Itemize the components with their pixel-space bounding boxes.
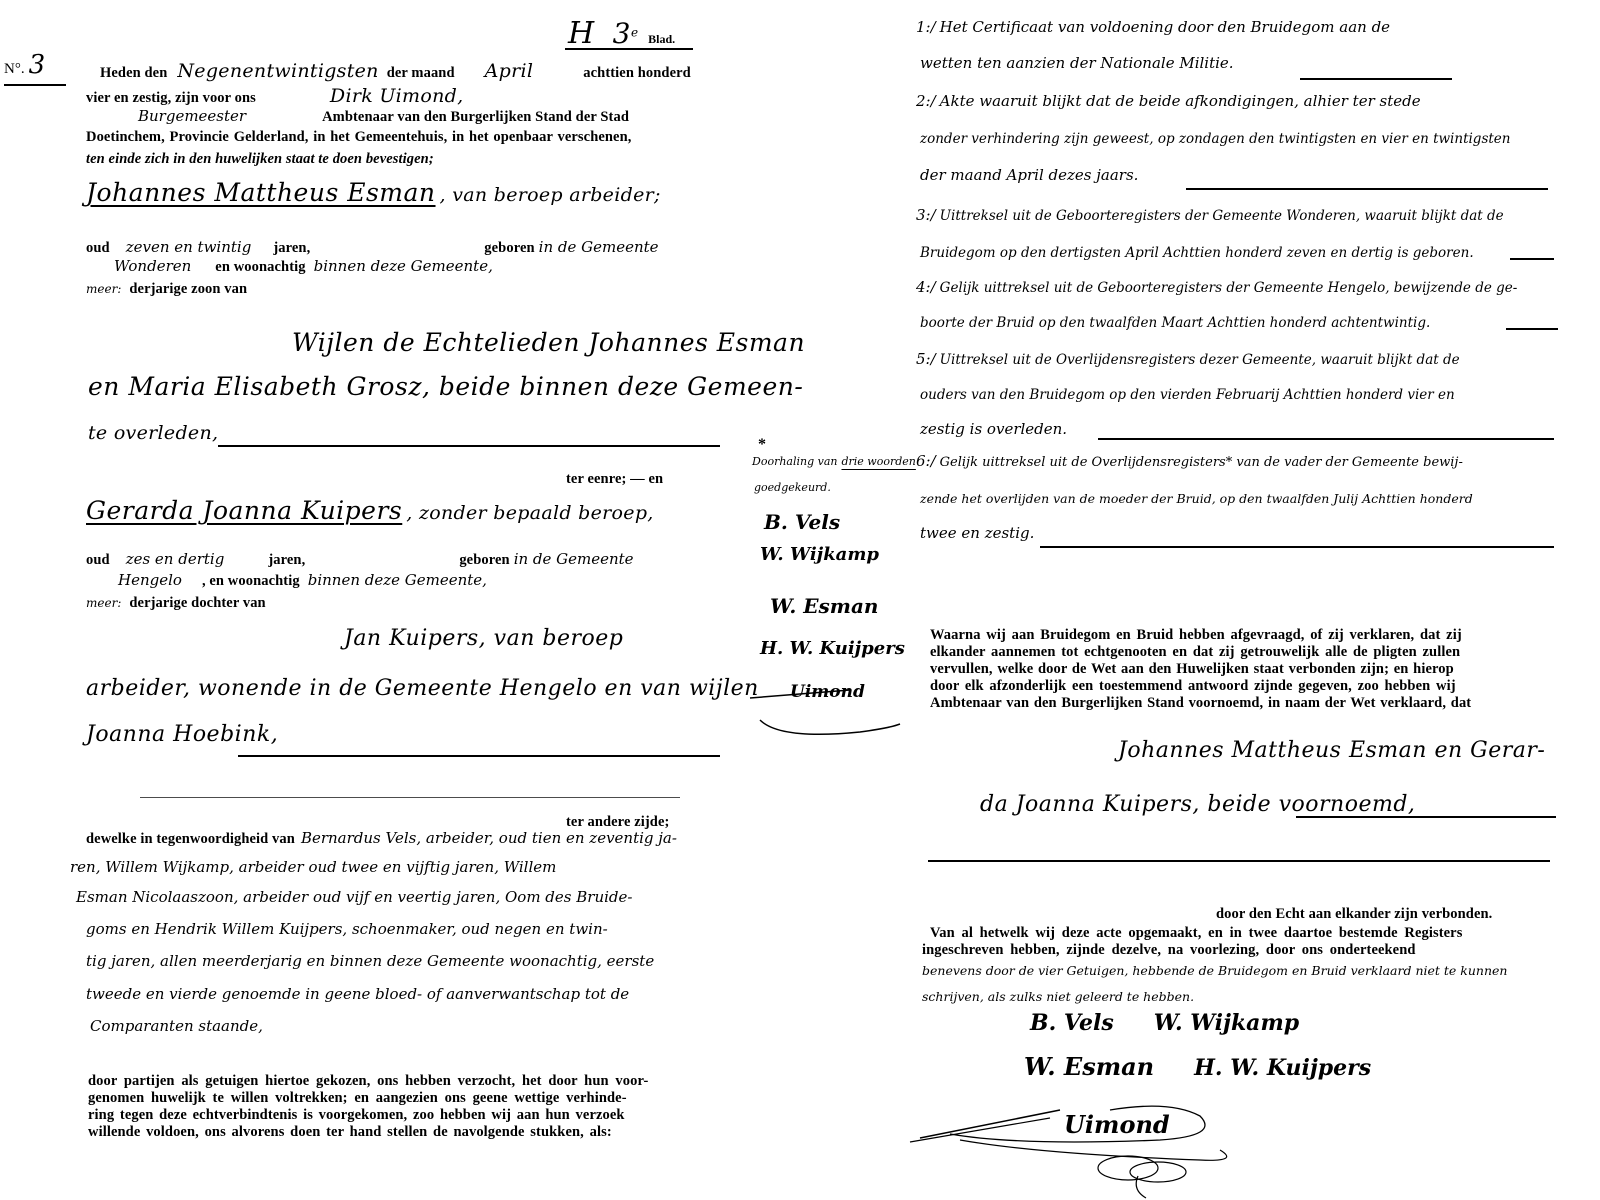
print-text: oud [86, 552, 110, 568]
document-5-line-1: 5:/ Uittreksel uit de Overlijdensregiste… [916, 350, 1460, 369]
witness-handwritten: Comparanten staande, [90, 1017, 263, 1035]
fill-line [1098, 438, 1554, 440]
record-number-underline [4, 84, 66, 86]
print-text: door partijen als getuigen hiertoe gekoz… [88, 1073, 648, 1089]
document-text: Gelijk uittreksel uit de Geboorteregiste… [940, 280, 1518, 296]
witnesses-line-3: Esman Nicolaaszoon, arbeider oud vijf en… [76, 888, 632, 907]
print-text: geboren [484, 240, 534, 256]
margin-signature-3: W. Esman [770, 594, 878, 618]
final-handwritten: schrijven, als zulks niet geleerd te heb… [922, 989, 1194, 1004]
declaration-line-1: Waarna wij aan Bruidegom en Bruid hebben… [930, 626, 1462, 644]
margin-flourish [740, 680, 920, 740]
bride-parents-line-3: Joanna Hoebink, [86, 722, 278, 747]
bride-line: Gerarda Joanna Kuipers , zonder bepaald … [86, 496, 654, 525]
ter-eenre: ter eenre; — en [566, 470, 663, 488]
final-handwritten: benevens door de vier Getuigen, hebbende… [922, 963, 1507, 978]
fill-line [1506, 328, 1558, 330]
document-text: wetten ten aanzien der Nationale Militie… [920, 54, 1234, 72]
groom-name: Johannes Mattheus Esman [86, 178, 436, 207]
groom-age-handwritten: zeven en twintig [126, 238, 252, 256]
groom-status-line: meer: derjarige zoon van [86, 280, 247, 298]
final-print-line-1: Van al hetwelk wij deze acte opgemaakt, … [930, 924, 1462, 942]
bride-parents-handwritten: arbeider, wonende in de Gemeente Hengelo… [86, 676, 759, 701]
print-text: elkander aannemen tot echtgenooten en da… [930, 644, 1460, 660]
official-title-handwritten: Burgemeester [138, 107, 246, 125]
print-text: jaren, [268, 552, 305, 568]
page-number: 3 [613, 17, 631, 50]
groom-age-line: oud zeven en twintig jaren, geboren in d… [86, 238, 659, 257]
bride-occupation: , zonder bepaald beroep, [406, 502, 653, 524]
signature: W. Wijkamp [1154, 1010, 1299, 1036]
couple-names-handwritten: da Joanna Kuipers, beide voornoemd, [980, 792, 1415, 817]
margin-note-line-2: goedgekeurd. [754, 478, 831, 496]
document-4-line-1: 4:/ Gelijk uittreksel uit de Geboortereg… [916, 278, 1517, 297]
print-text: geboren [459, 552, 509, 568]
couple-names-handwritten: Johannes Mattheus Esman en Gerar- [1118, 738, 1545, 763]
groom-parents-handwritten: en Maria Elisabeth Grosz, beide binnen d… [88, 372, 803, 401]
document-text: ouders van den Bruidegom op den vierden … [920, 387, 1455, 403]
bride-father-handwritten: Jan Kuipers, van beroep [344, 626, 623, 651]
print-text: ten einde zich in den huwelijken staat t… [86, 151, 434, 167]
fill-line [238, 755, 720, 757]
signature: W. Esman [1024, 1052, 1154, 1081]
bride-birthplace: Hengelo [118, 571, 182, 589]
record-number-value: 3 [29, 50, 46, 80]
document-2-line-1: 2:/ Akte waaruit blijkt dat de beide afk… [916, 92, 1421, 111]
margin-note-text: drie woorden [841, 455, 915, 468]
fill-line [928, 860, 1550, 862]
margin-signature-4: H. W. Kuijpers [760, 638, 905, 659]
margin-note-text: goedgekeurd. [754, 481, 831, 494]
margin-note-text: Doorhaling van [752, 455, 837, 468]
signature: W. Wijkamp [760, 544, 879, 565]
print-text: door den Echt aan elkander zijn verbonde… [1216, 906, 1492, 922]
fill-line [218, 445, 720, 447]
groom-parents-handwritten: Wijlen de Echtelieden Johannes Esman [292, 328, 805, 357]
intro-line-3: Burgemeester Ambtenaar van den Burgerlij… [138, 107, 629, 126]
witness-handwritten: Bernardus Vels, arbeider, oud tien en ze… [301, 829, 677, 847]
day-handwritten: Negenentwintigsten [177, 60, 378, 82]
signature-row-1: B. Vels W. Wijkamp [1030, 1010, 1299, 1036]
print-text: oud [86, 240, 110, 256]
print-text: willende voldoen, ons alvorens doen ter … [88, 1124, 612, 1140]
print-text: ter eenre; — en [566, 471, 663, 487]
print-text: Van al hetwelk wij deze acte opgemaakt, … [930, 925, 1462, 941]
bride-age-line: oud zes en dertig jaren, geboren in de G… [86, 550, 634, 569]
official-name-handwritten: Dirk Uimond, [330, 85, 464, 107]
document-text: boorte der Bruid op den twaalfden Maart … [920, 315, 1430, 331]
document-6-line-3: twee en zestig. [920, 524, 1034, 543]
declaration-line-3: vervullen, welke door de Wet aan den Huw… [930, 660, 1454, 678]
document-1-line-2: wetten ten aanzien der Nationale Militie… [920, 54, 1234, 73]
document-text: twee en zestig. [920, 524, 1034, 542]
document-2-line-3: der maand April dezes jaars. [920, 166, 1138, 185]
couple-line-2: da Joanna Kuipers, beide voornoemd, [980, 792, 1415, 817]
witness-handwritten: tweede en vierde genoemde in geene bloed… [86, 985, 629, 1003]
bride-status-line: meer: derjarige dochter van [86, 594, 266, 612]
signature-row-2: W. Esman H. W. Kuijpers [1024, 1052, 1371, 1081]
groom-line: Johannes Mattheus Esman , van beroep arb… [86, 178, 661, 207]
witness-handwritten: Esman Nicolaaszoon, arbeider oud vijf en… [76, 888, 632, 906]
document-6-line-1: 6:/ Gelijk uittreksel uit de Overlijdens… [916, 452, 1463, 471]
witnesses-line-1: dewelke in tegenwoordigheid van Bernardu… [86, 829, 677, 848]
document-3-line-1: 3:/ Uittreksel uit de Geboorteregisters … [916, 206, 1504, 225]
document-text: Akte waaruit blijkt dat de beide afkondi… [940, 92, 1421, 110]
united-line: door den Echt aan elkander zijn verbonde… [1216, 905, 1492, 923]
intro-line-4: Doetinchem, Provincie Gelderland, in het… [86, 128, 631, 146]
bride-parents-line-1: Jan Kuipers, van beroep [344, 626, 623, 651]
margin-note-line-1: Doorhaling van drie woorden [752, 452, 916, 470]
document-1-line-1: 1:/ Het Certificaat van voldoening door … [916, 18, 1390, 37]
groom-residence: binnen deze Gemeente, [314, 257, 493, 275]
signature: B. Vels [1030, 1010, 1114, 1036]
intro-line-2: vier en zestig, zijn voor ons Dirk Uimon… [86, 85, 463, 107]
groom-birthplace-prefix: in de Gemeente [539, 238, 659, 256]
print-text: vier en zestig, zijn voor ons [86, 90, 256, 106]
bride-birth-line: Hengelo , en woonachtig binnen deze Geme… [118, 571, 487, 590]
witness-handwritten: tig jaren, allen meerderjarig en binnen … [86, 952, 654, 970]
print-text: genomen huwelijk te willen voltrekken; e… [88, 1090, 627, 1106]
bride-age-handwritten: zes en dertig [126, 550, 225, 568]
document-5-line-3: zestig is overleden. [920, 420, 1067, 439]
page-mark-hand: H [568, 16, 595, 51]
page-number-sup: e [631, 26, 638, 40]
print-text: ter andere zijde; [566, 814, 669, 830]
intro-line-1: Heden den Negenentwintigsten der maand A… [100, 60, 691, 82]
print-text: ingeschreven hebben, zijnde dezelve, na … [922, 942, 1416, 958]
declaration-line-5: Ambtenaar van den Burgerlijken Stand voo… [930, 694, 1471, 712]
majority-handwritten: meer: [86, 282, 121, 296]
witnesses-line-4: goms en Hendrik Willem Kuijpers, schoenm… [86, 920, 608, 939]
groom-birthplace: Wonderen [114, 257, 191, 275]
groom-parents-handwritten: te overleden, [88, 422, 218, 444]
majority-handwritten: meer: [86, 596, 121, 610]
signature: B. Vels [764, 510, 840, 534]
document-text: Gelijk uittreksel uit de Overlijdensregi… [940, 455, 1463, 470]
document-text: zonder verhindering zijn geweest, op zon… [920, 131, 1511, 147]
bride-birthplace-prefix: in de Gemeente [514, 550, 634, 568]
print-text: jaren, [273, 240, 310, 256]
fill-line [1510, 258, 1554, 260]
witnesses-line-7: Comparanten staande, [90, 1017, 263, 1036]
print-text: Doetinchem, Provincie Gelderland, in het… [86, 129, 631, 145]
witness-handwritten: goms en Hendrik Willem Kuijpers, schoenm… [86, 920, 608, 938]
final-hand-line-2: schrijven, als zulks niet geleerd te heb… [922, 988, 1194, 1006]
witnesses-line-6: tweede en vierde genoemde in geene bloed… [86, 985, 629, 1004]
bride-parents-line-2: arbeider, wonende in de Gemeente Hengelo… [86, 676, 759, 701]
closing-line-2: genomen huwelijk te willen voltrekken; e… [88, 1089, 627, 1107]
document-number: 5:/ [916, 350, 936, 368]
document-text: Uittreksel uit de Overlijdensregisters d… [940, 352, 1460, 368]
document-text: zende het overlijden van de moeder der B… [920, 491, 1473, 506]
document-number: 1:/ [916, 18, 936, 36]
fill-line [1300, 78, 1452, 80]
groom-parents-line-1: Wijlen de Echtelieden Johannes Esman [292, 328, 805, 357]
record-number-label: N°. [4, 61, 25, 77]
document-4-line-2: boorte der Bruid op den twaalfden Maart … [920, 314, 1430, 332]
document-text: zestig is overleden. [920, 420, 1067, 438]
print-text: vervullen, welke door de Wet aan den Huw… [930, 661, 1454, 677]
print-text: Heden den [100, 65, 167, 81]
groom-parents-line-2: en Maria Elisabeth Grosz, beide binnen d… [88, 372, 803, 401]
document-number: 3:/ [916, 206, 936, 224]
final-print-line-2: ingeschreven hebben, zijnde dezelve, na … [922, 941, 1416, 959]
print-text: , en woonachtig [202, 573, 300, 589]
print-text: en woonachtig [215, 259, 305, 275]
print-text: achttien honderd [583, 65, 691, 81]
document-text: Uittreksel uit de Geboorteregisters der … [940, 208, 1504, 224]
margin-signature-2: W. Wijkamp [760, 544, 879, 565]
print-text: Ambtenaar van den Burgerlijken Stand der… [322, 109, 629, 125]
intro-line-5: ten einde zich in den huwelijken staat t… [86, 150, 434, 168]
document-3-line-2: Bruidegom op den dertigsten April Achtti… [920, 244, 1474, 262]
bride-mother-handwritten: Joanna Hoebink, [86, 722, 278, 747]
document-number: 6:/ [916, 452, 936, 470]
fill-line [1296, 816, 1556, 818]
fill-line [140, 797, 680, 798]
month-handwritten: April [485, 60, 534, 82]
bride-residence: binnen deze Gemeente, [308, 571, 487, 589]
couple-line-1: Johannes Mattheus Esman en Gerar- [1118, 738, 1545, 763]
signature: H. W. Kuijpers [1194, 1055, 1371, 1081]
closing-line-1: door partijen als getuigen hiertoe gekoz… [88, 1072, 648, 1090]
document-6-line-2: zende het overlijden van de moeder der B… [920, 490, 1473, 508]
closing-line-4: willende voldoen, ons alvorens doen ter … [88, 1123, 612, 1141]
print-text: ring tegen deze echtverbindtenis is voor… [88, 1107, 625, 1123]
fill-line [1186, 188, 1548, 190]
print-text: Waarna wij aan Bruidegom en Bruid hebben… [930, 627, 1462, 643]
document-number: 2:/ [916, 92, 936, 110]
document-2-line-2: zonder verhindering zijn geweest, op zon… [920, 130, 1511, 148]
final-hand-line-1: benevens door de vier Getuigen, hebbende… [922, 962, 1507, 980]
signature-flourish [900, 1080, 1280, 1200]
groom-occupation: , van beroep arbeider; [440, 184, 661, 206]
print-text: dewelke in tegenwoordigheid van [86, 831, 295, 847]
witnesses-line-5: tig jaren, allen meerderjarig en binnen … [86, 952, 654, 971]
groom-parents-line-3: te overleden, [88, 422, 218, 444]
groom-birth-line: Wonderen en woonachtig binnen deze Gemee… [114, 257, 493, 276]
record-number: N°. 3 [4, 50, 45, 80]
witnesses-line-2: ren, Willem Wijkamp, arbeider oud twee e… [70, 858, 556, 877]
margin-signature-1: B. Vels [764, 510, 840, 534]
signature: W. Esman [770, 594, 878, 618]
asterisk: * [758, 436, 766, 453]
document-text: Het Certificaat van voldoening door den … [940, 18, 1390, 36]
document-number: 4:/ [916, 278, 936, 296]
print-text: derjarige dochter van [129, 595, 265, 611]
signature: H. W. Kuijpers [760, 638, 905, 659]
page-label: Blad. [648, 32, 675, 46]
document-text: der maand April dezes jaars. [920, 166, 1138, 184]
print-text: door elk afzonderlijk een toestemmend an… [930, 678, 1456, 694]
print-text: derjarige zoon van [129, 281, 247, 297]
declaration-line-4: door elk afzonderlijk een toestemmend an… [930, 677, 1456, 695]
document-5-line-2: ouders van den Bruidegom op den vierden … [920, 386, 1455, 404]
fill-line [1040, 546, 1554, 548]
document-text: Bruidegom op den dertigsten April Achtti… [920, 245, 1474, 261]
print-text: der maand [387, 65, 455, 81]
closing-line-3: ring tegen deze echtverbindtenis is voor… [88, 1106, 625, 1124]
witness-handwritten: ren, Willem Wijkamp, arbeider oud twee e… [70, 858, 556, 876]
bride-name: Gerarda Joanna Kuipers [86, 496, 402, 525]
page-marker: H 3e Blad. [568, 16, 675, 51]
print-text: Ambtenaar van den Burgerlijken Stand voo… [930, 695, 1471, 711]
declaration-line-2: elkander aannemen tot echtgenooten en da… [930, 643, 1460, 661]
page-marker-underline [565, 48, 693, 50]
